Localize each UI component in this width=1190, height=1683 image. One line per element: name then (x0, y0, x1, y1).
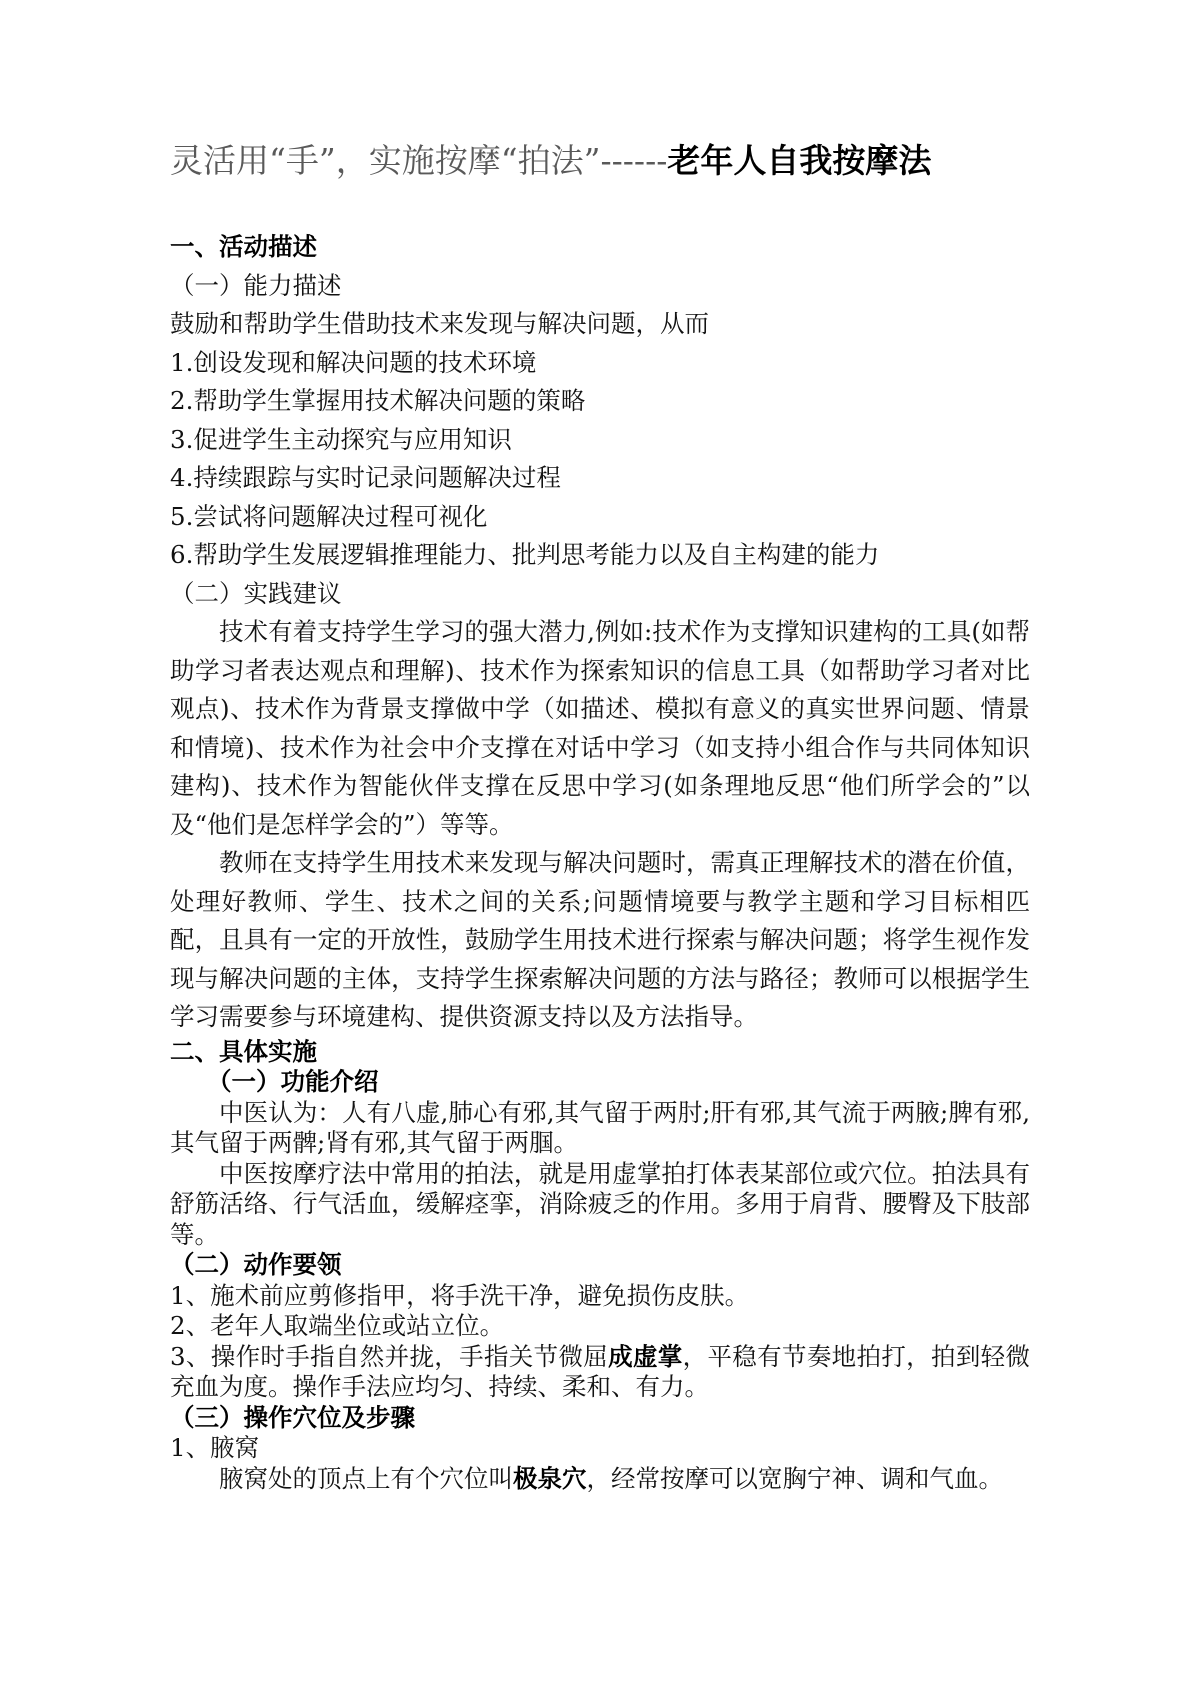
subheading-ability-description: （一）能力描述 (170, 267, 1030, 306)
ability-intro-line: 鼓励和帮助学生借助技术来发现与解决问题，从而 (170, 305, 1030, 344)
title-gray-part: 灵活用“手”，实施按摩“拍法”------ (170, 141, 667, 180)
ability-item-6: 6.帮助学生发展逻辑推理能力、批判思考能力以及自主构建的能力 (170, 536, 1030, 575)
subheading-action-essentials: （二）动作要领 (170, 1250, 1030, 1281)
title-black-part: 老年人自我按摩法 (667, 141, 931, 180)
patting-method-paragraph: 中医按摩疗法中常用的拍法，就是用虚掌拍打体表某部位或穴位。拍法具有舒筋活络、行气… (170, 1159, 1030, 1251)
ability-item-2: 2.帮助学生掌握用技术解决问题的策略 (170, 382, 1030, 421)
acupoint-1-paragraph: 腋窝处的顶点上有个穴位叫极泉穴，经常按摩可以宽胸宁神、调和气血。 (170, 1464, 1030, 1495)
section-implementation: 二、具体实施 （一）功能介绍 中医认为：人有八虚,肺心有邪,其气留于两肘;肝有邪… (170, 1037, 1030, 1495)
document-page: 灵活用“手”，实施按摩“拍法”------老年人自我按摩法 一、活动描述 （一）… (0, 0, 1190, 1683)
action-step-2: 2、老年人取端坐位或站立位。 (170, 1311, 1030, 1342)
practice-paragraph-2: 教师在支持学生用技术来发现与解决问题时，需真正理解技术的潜在价值，处理好教师、学… (170, 844, 1030, 1037)
acupoint-1-bold-term: 极泉穴 (513, 1464, 587, 1493)
acupoint-1-text: 腋窝处的顶点上有个穴位叫 (219, 1464, 513, 1493)
subheading-acupoints-steps: （三）操作穴位及步骤 (170, 1403, 1030, 1434)
tcm-theory-paragraph: 中医认为：人有八虚,肺心有邪,其气留于两肘;肝有邪,其气流于两腋;脾有邪,其气留… (170, 1098, 1030, 1159)
action-step-1: 1、施术前应剪修指甲，将手洗干净，避免损伤皮肤。 (170, 1281, 1030, 1312)
ability-item-5: 5.尝试将问题解决过程可视化 (170, 498, 1030, 537)
subheading-practice-advice: （二）实践建议 (170, 575, 1030, 614)
action-step-3-bold-term: 成虚掌 (608, 1342, 683, 1371)
practice-paragraph-1: 技术有着支持学生学习的强大潜力,例如:技术作为支撑知识建构的工具(如帮助学习者表… (170, 613, 1030, 844)
section-activity-description: 一、活动描述 （一）能力描述 鼓励和帮助学生借助技术来发现与解决问题，从而 1.… (170, 228, 1030, 1037)
ability-item-1: 1.创设发现和解决问题的技术环境 (170, 344, 1030, 383)
action-step-3-text: 3、操作时手指自然并拢，手指关节微屈 (170, 1342, 608, 1371)
action-step-3: 3、操作时手指自然并拢，手指关节微屈成虚掌，平稳有节奏地拍打，拍到轻微充血为度。… (170, 1342, 1030, 1403)
heading-implementation: 二、具体实施 (170, 1037, 1030, 1068)
subheading-function-intro: （一）功能介绍 (170, 1067, 1030, 1098)
acupoint-1-label: 1、腋窝 (170, 1433, 1030, 1464)
document-title: 灵活用“手”，实施按摩“拍法”------老年人自我按摩法 (170, 140, 1030, 182)
ability-item-4: 4.持续跟踪与实时记录问题解决过程 (170, 459, 1030, 498)
acupoint-1-text-end: ，经常按摩可以宽胸宁神、调和气血。 (587, 1464, 1004, 1493)
ability-item-3: 3.促进学生主动探究与应用知识 (170, 421, 1030, 460)
heading-activity-description: 一、活动描述 (170, 228, 1030, 267)
